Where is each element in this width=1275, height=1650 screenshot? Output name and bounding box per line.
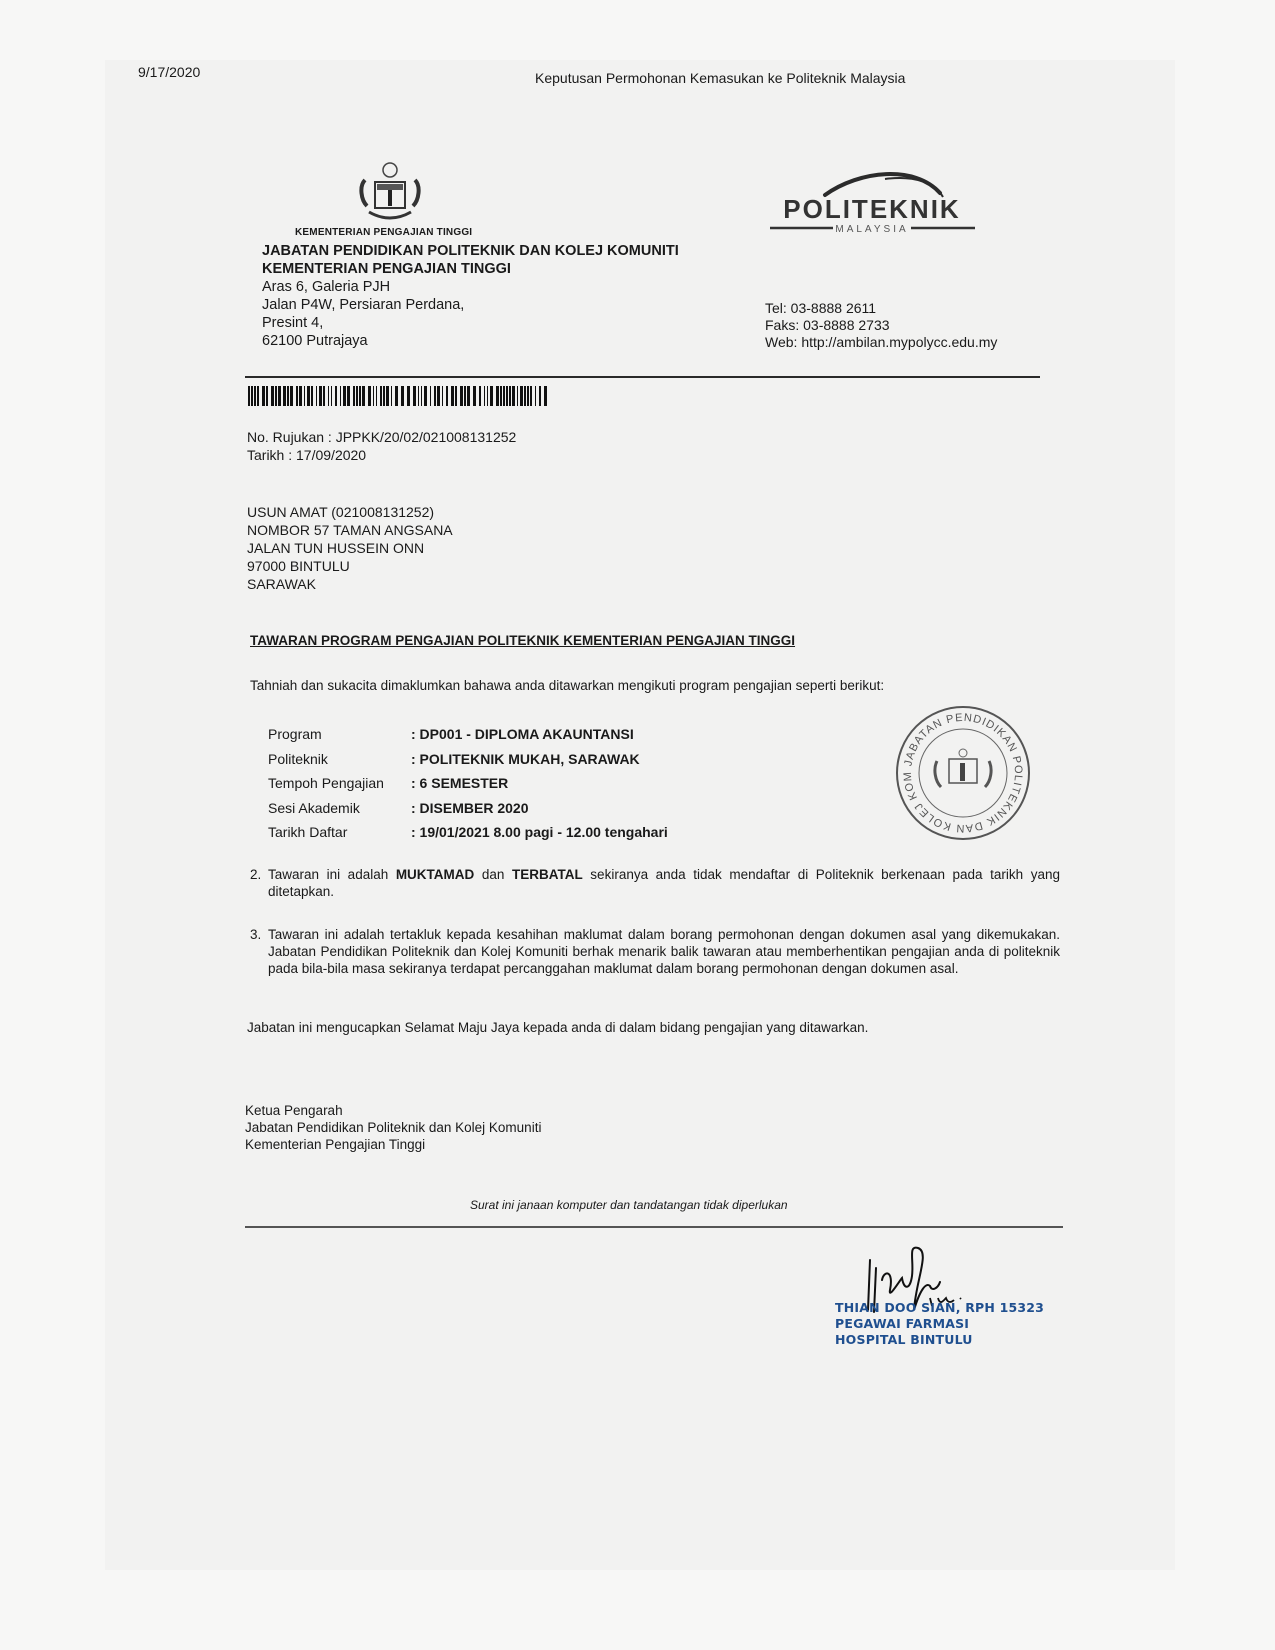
recipient-line: 97000 BINTULU	[247, 557, 453, 575]
print-date: 9/17/2020	[138, 64, 200, 80]
certifier-org: HOSPITAL BINTULU	[835, 1332, 1044, 1348]
fax: Faks: 03-8888 2733	[765, 317, 997, 334]
ministry-small-label: KEMENTERIAN PENGAJIAN TINGGI	[295, 227, 472, 238]
svg-text:MALAYSIA: MALAYSIA	[835, 224, 908, 235]
certifier-title: PEGAWAI FARMASI	[835, 1316, 1044, 1332]
malaysia-coat-of-arms-icon	[355, 160, 425, 225]
official-stamp-icon: JABATAN PENDIDIKAN POLITEKNIK DAN KOLEJ …	[893, 703, 1033, 843]
signoff-line: Kementerian Pengajian Tinggi	[245, 1136, 541, 1153]
certification-stamp: THIAN DOO SIAN, RPH 15323 PEGAWAI FARMAS…	[835, 1300, 1044, 1348]
website: Web: http://ambilan.mypolycc.edu.my	[765, 334, 997, 351]
detail-row: Tarikh Daftar: 19/01/2021 8.00 pagi - 12…	[268, 820, 668, 845]
sender-address-line: Aras 6, Galeria PJH	[262, 278, 679, 296]
detail-row: Politeknik: POLITEKNIK MUKAH, SARAWAK	[268, 747, 668, 772]
recipient-line: JALAN TUN HUSSEIN ONN	[247, 539, 453, 557]
sender-address-line: Presint 4,	[262, 314, 679, 332]
reference-block: No. Rujukan : JPPKK/20/02/021008131252 T…	[247, 428, 516, 464]
sender-address-line: Jalan P4W, Persiaran Perdana,	[262, 296, 679, 314]
svg-text:POLITEKNIK: POLITEKNIK	[783, 194, 960, 224]
letter-heading: TAWARAN PROGRAM PENGAJIAN POLITEKNIK KEM…	[250, 633, 795, 648]
recipient-line: USUN AMAT (021008131252)	[247, 503, 453, 521]
paragraph-2: 2. Tawaran ini adalah MUKTAMAD dan TERBA…	[250, 866, 1060, 900]
signoff-block: Ketua Pengarah Jabatan Pendidikan Polite…	[245, 1102, 541, 1153]
header-divider	[245, 376, 1040, 378]
paragraph-3: 3. Tawaran ini adalah tertakluk kepada k…	[250, 926, 1060, 977]
offer-details: Program: DP001 - DIPLOMA AKAUNTANSI Poli…	[268, 722, 668, 845]
recipient-line: SARAWAK	[247, 575, 453, 593]
recipient-line: NOMBOR 57 TAMAN ANGSANA	[247, 521, 453, 539]
ministry-name: KEMENTERIAN PENGAJIAN TINGGI	[262, 260, 679, 278]
detail-row: Sesi Akademik: DISEMBER 2020	[268, 796, 668, 821]
letter-date: Tarikh : 17/09/2020	[247, 446, 516, 464]
contact-block: Tel: 03-8888 2611 Faks: 03-8888 2733 Web…	[765, 300, 997, 351]
signoff-line: Jabatan Pendidikan Politeknik dan Kolej …	[245, 1119, 541, 1136]
print-title: Keputusan Permohonan Kemasukan ke Polite…	[535, 70, 905, 86]
certifier-name: THIAN DOO SIAN, RPH 15323	[835, 1300, 1044, 1316]
telephone: Tel: 03-8888 2611	[765, 300, 997, 317]
sender-address-line: 62100 Putrajaya	[262, 332, 679, 350]
detail-row: Program: DP001 - DIPLOMA AKAUNTANSI	[268, 722, 668, 747]
detail-row: Tempoh Pengajian: 6 SEMESTER	[268, 771, 668, 796]
department-name: JABATAN PENDIDIKAN POLITEKNIK DAN KOLEJ …	[262, 242, 679, 260]
computer-generated-note: Surat ini janaan komputer dan tandatanga…	[470, 1198, 788, 1212]
closing-remark: Jabatan ini mengucapkan Selamat Maju Jay…	[247, 1020, 868, 1035]
footer-divider	[245, 1226, 1063, 1228]
reference-number: No. Rujukan : JPPKK/20/02/021008131252	[247, 428, 516, 446]
politeknik-malaysia-logo: POLITEKNIK MALAYSIA	[765, 165, 980, 240]
sender-block: JABATAN PENDIDIKAN POLITEKNIK DAN KOLEJ …	[262, 242, 679, 350]
barcode-icon	[248, 386, 552, 406]
signoff-line: Ketua Pengarah	[245, 1102, 541, 1119]
intro-paragraph: Tahniah dan sukacita dimaklumkan bahawa …	[250, 678, 884, 693]
recipient-address: USUN AMAT (021008131252) NOMBOR 57 TAMAN…	[247, 503, 453, 593]
